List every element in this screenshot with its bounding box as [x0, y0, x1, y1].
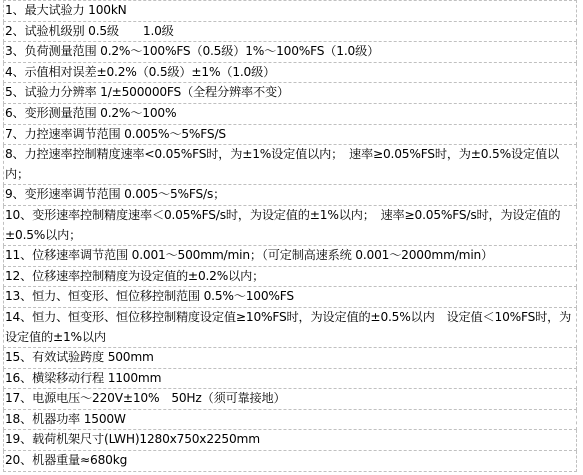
spec-row-12: 12、位移速率控制精度为设定值的±0.2%以内；	[4, 266, 577, 287]
spec-item-crossbeam-travel: 16、横梁移动行程 1100mm	[4, 368, 577, 389]
spec-row-15: 15、有效试验跨度 500mm	[4, 348, 577, 369]
spec-item-deformation-rate-accuracy: 10、变形速率控制精度速率＜0.05%FS/s时，为设定值的±1%以内； 速率≥…	[4, 205, 577, 245]
spec-item-frame-dimensions: 19、载荷机架尺寸(LWH)1280x750x2250mm	[4, 430, 577, 451]
spec-row-9: 9、变形速率调节范围 0.005～5%FS/s；	[4, 185, 577, 206]
spec-row-7: 7、力控速率调节范围 0.005%～5%FS/S	[4, 124, 577, 145]
spec-row-3: 3、负荷测量范围 0.2%～100%FS（0.5级）1%～100%FS（1.0级…	[4, 42, 577, 63]
spec-item-machine-power: 18、机器功率 1500W	[4, 409, 577, 430]
spec-row-4: 4、示值相对误差±0.2%（0.5级）±1%（1.0级）	[4, 62, 577, 83]
spec-row-11: 11、位移速率调节范围 0.001～500mm/min；（可定制高速系统 0.0…	[4, 246, 577, 267]
spec-row-20: 20、机器重量≈680kg	[4, 451, 577, 472]
spec-table: 1、最大试验力 100kN 2、试验机级别 0.5级 1.0级 3、负荷测量范围…	[3, 0, 577, 472]
spec-item-power-voltage: 17、电源电压～220V±10% 50Hz（须可靠接地）	[4, 389, 577, 410]
spec-row-14: 14、恒力、恒变形、恒位移控制精度设定值≥10%FS时，为设定值的±0.5%以内…	[4, 307, 577, 347]
spec-item-force-resolution: 5、试验力分辨率 1/±500000FS（全程分辨率不变）	[4, 83, 577, 104]
spec-row-2: 2、试验机级别 0.5级 1.0级	[4, 21, 577, 42]
spec-item-force-rate-range: 7、力控速率调节范围 0.005%～5%FS/S	[4, 124, 577, 145]
spec-row-8: 8、力控速率控制精度速率<0.05%FS时，为±1%设定值以内； 速率≥0.05…	[4, 145, 577, 185]
spec-row-1: 1、最大试验力 100kN	[4, 1, 577, 22]
spec-item-test-span: 15、有效试验跨度 500mm	[4, 348, 577, 369]
spec-item-machine-grade: 2、试验机级别 0.5级 1.0级	[4, 21, 577, 42]
spec-row-10: 10、变形速率控制精度速率＜0.05%FS/s时，为设定值的±1%以内； 速率≥…	[4, 205, 577, 245]
spec-list: 1、最大试验力 100kN 2、试验机级别 0.5级 1.0级 3、负荷测量范围…	[4, 1, 577, 472]
spec-row-19: 19、载荷机架尺寸(LWH)1280x750x2250mm	[4, 430, 577, 451]
spec-item-machine-weight: 20、机器重量≈680kg	[4, 451, 577, 472]
spec-item-load-range: 3、负荷测量范围 0.2%～100%FS（0.5级）1%～100%FS（1.0级…	[4, 42, 577, 63]
spec-item-deformation-range: 6、变形测量范围 0.2%～100%	[4, 103, 577, 124]
spec-row-6: 6、变形测量范围 0.2%～100%	[4, 103, 577, 124]
spec-row-5: 5、试验力分辨率 1/±500000FS（全程分辨率不变）	[4, 83, 577, 104]
spec-row-17: 17、电源电压～220V±10% 50Hz（须可靠接地）	[4, 389, 577, 410]
spec-row-13: 13、恒力、恒变形、恒位移控制范围 0.5%～100%FS	[4, 287, 577, 308]
spec-item-max-test-force: 1、最大试验力 100kN	[4, 1, 577, 22]
spec-row-18: 18、机器功率 1500W	[4, 409, 577, 430]
spec-item-displacement-rate-accuracy: 12、位移速率控制精度为设定值的±0.2%以内；	[4, 266, 577, 287]
spec-item-constant-control-range: 13、恒力、恒变形、恒位移控制范围 0.5%～100%FS	[4, 287, 577, 308]
spec-item-deformation-rate-range: 9、变形速率调节范围 0.005～5%FS/s；	[4, 185, 577, 206]
spec-row-16: 16、横梁移动行程 1100mm	[4, 368, 577, 389]
spec-item-constant-control-accuracy: 14、恒力、恒变形、恒位移控制精度设定值≥10%FS时，为设定值的±0.5%以内…	[4, 307, 577, 347]
spec-item-relative-error: 4、示值相对误差±0.2%（0.5级）±1%（1.0级）	[4, 62, 577, 83]
spec-item-force-rate-accuracy: 8、力控速率控制精度速率<0.05%FS时，为±1%设定值以内； 速率≥0.05…	[4, 145, 577, 185]
spec-item-displacement-rate-range: 11、位移速率调节范围 0.001～500mm/min；（可定制高速系统 0.0…	[4, 246, 577, 267]
